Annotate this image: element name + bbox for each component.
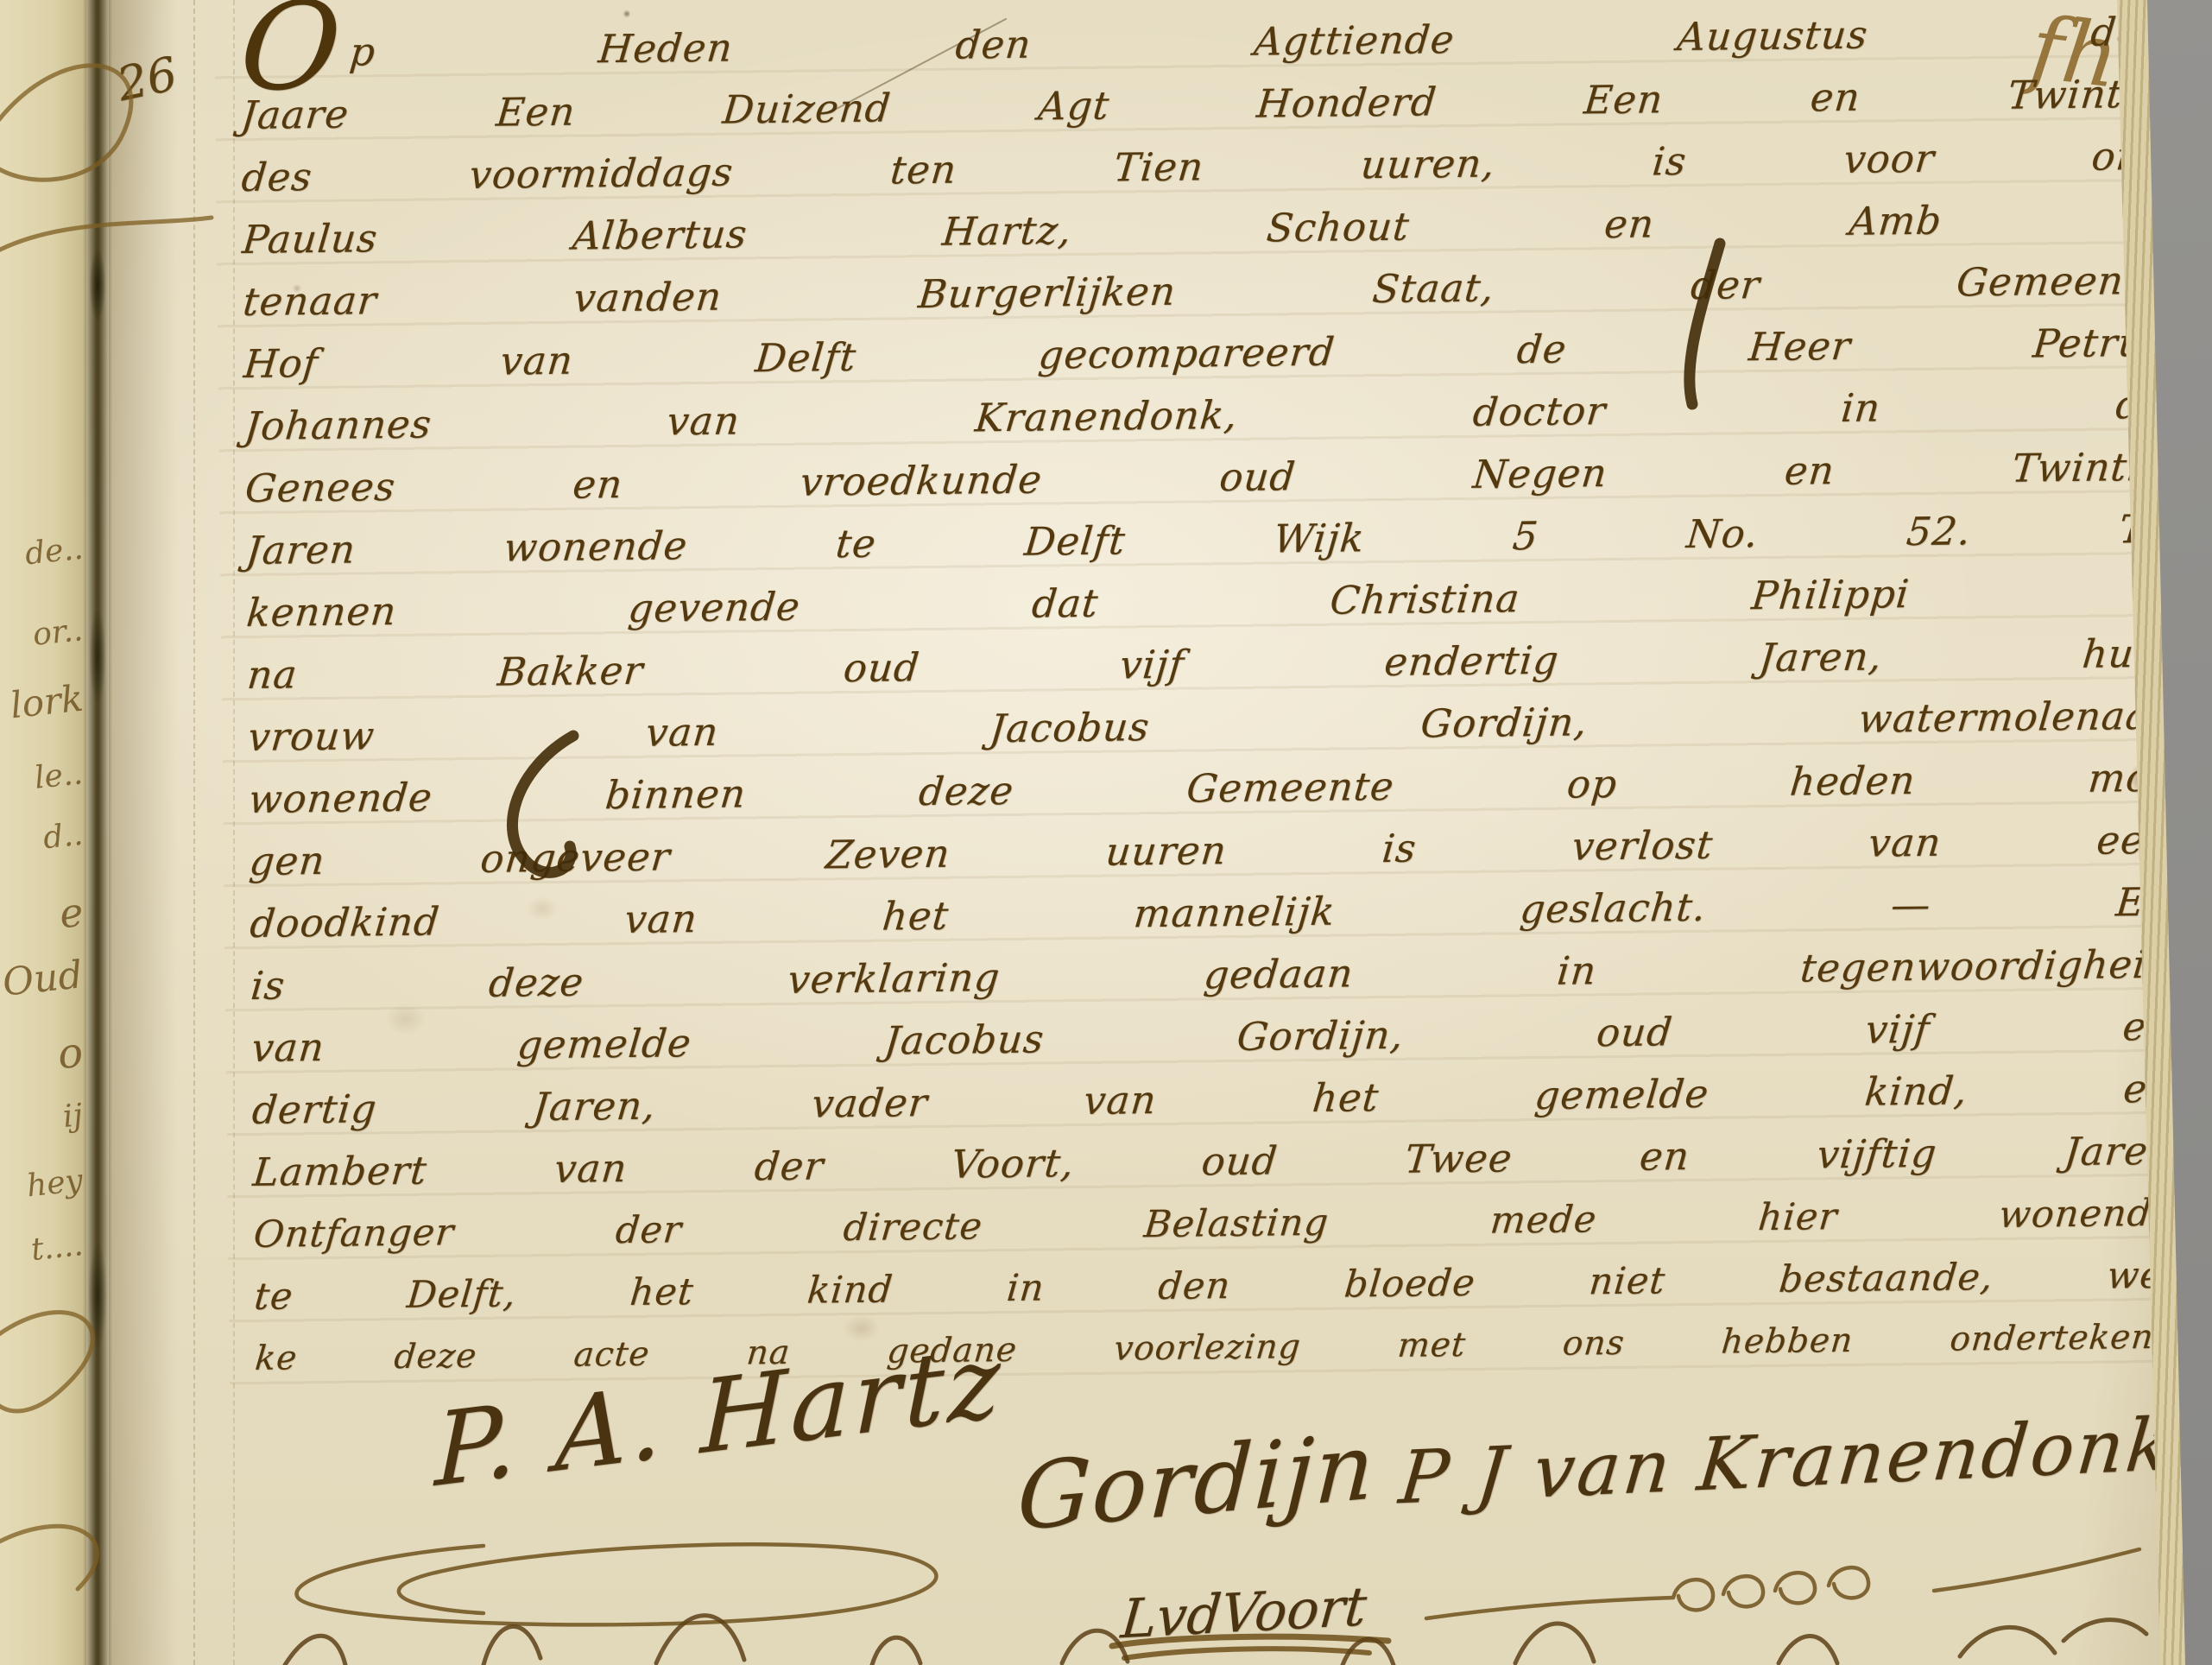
register-scan: de.. or.. lork le.. d.. e Oud o ij hey t… bbox=[0, 0, 2212, 1665]
signature-van-der-voort: LvdVoort bbox=[1119, 1574, 1369, 1650]
act-text-block: Op Heden den Agttiende Augustus des Jaar… bbox=[240, 1, 2177, 1390]
